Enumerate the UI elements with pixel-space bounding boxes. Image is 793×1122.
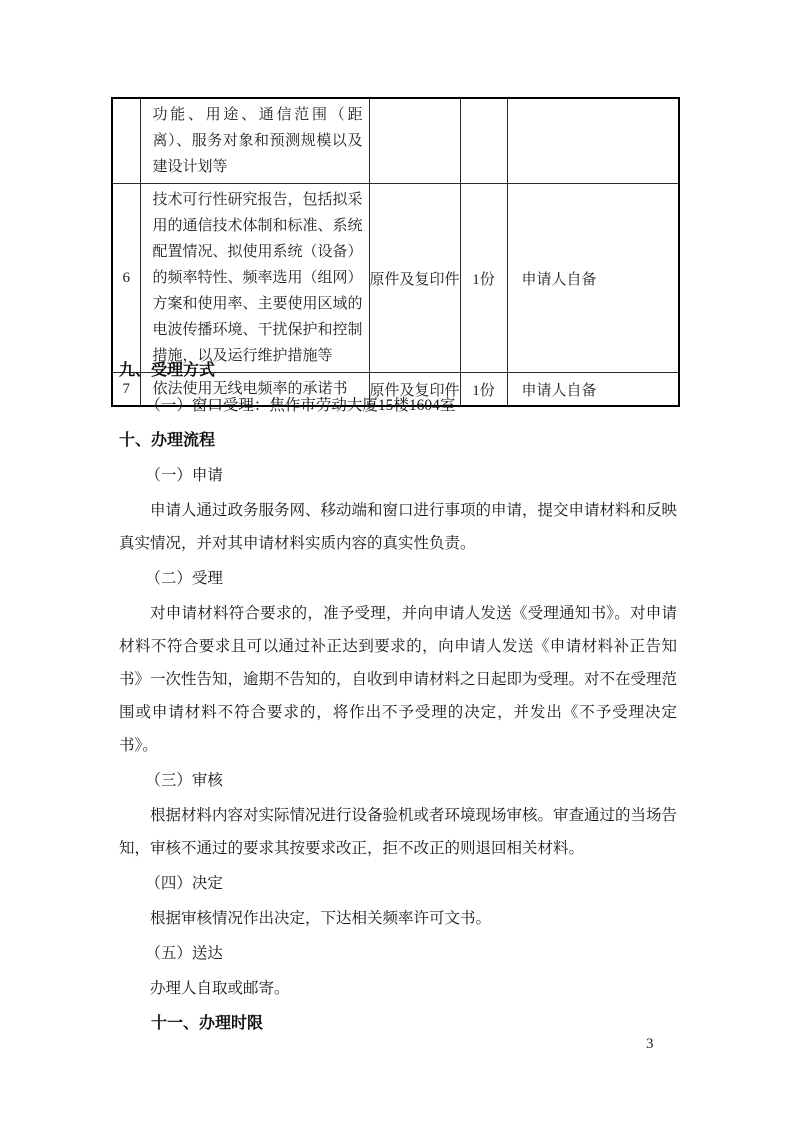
material-count-cell: 1份 (460, 184, 507, 373)
material-source-cell (507, 98, 679, 184)
material-form-cell: 原件及复印件 (369, 184, 460, 373)
page-number: 3 (646, 1036, 654, 1053)
step-heading-decision: （四）决定 (119, 867, 677, 900)
row-number-cell: 6 (112, 184, 140, 373)
section-9-item-1: （一）窗口受理：焦作市劳动大厦15楼1604室 (119, 389, 677, 422)
document-page: 功能、用途、通信范围（距离）、服务对象和预测规模以及建设计划等 6 技术可行性研… (0, 0, 793, 1122)
material-name-cell: 技术可行性研究报告，包括拟采用的通信技术体制和标准、系统配置情况、拟使用系统（设… (140, 184, 369, 373)
material-name-cell: 功能、用途、通信范围（距离）、服务对象和预测规模以及建设计划等 (140, 98, 369, 184)
material-form-cell (369, 98, 460, 184)
material-source-cell: 申请人自备 (507, 184, 679, 373)
step-paragraph-review: 根据材料内容对实际情况进行设备验机或者环境现场审核。审查通过的当场告知，审核不通… (119, 799, 677, 865)
row-number-cell (112, 98, 140, 184)
step-paragraph-accept: 对申请材料符合要求的，准予受理，并向申请人发送《受理通知书》。对申请材料不符合要… (119, 597, 677, 762)
material-count-cell (460, 98, 507, 184)
document-body: 九、受理方式 （一）窗口受理：焦作市劳动大厦15楼1604室 十、办理流程 （一… (119, 354, 677, 1042)
table-row-6: 6 技术可行性研究报告，包括拟采用的通信技术体制和标准、系统配置情况、拟使用系统… (112, 184, 679, 373)
section-heading-11: 十一、办理时限 (119, 1007, 677, 1040)
step-paragraph-apply: 申请人通过政务服务网、移动端和窗口进行事项的申请，提交申请材料和反映真实情况，并… (119, 494, 677, 560)
table-row-continued: 功能、用途、通信范围（距离）、服务对象和预测规模以及建设计划等 (112, 98, 679, 184)
step-heading-delivery: （五）送达 (119, 937, 677, 970)
step-heading-review: （三）审核 (119, 764, 677, 797)
section-heading-9: 九、受理方式 (119, 354, 677, 387)
section-heading-10: 十、办理流程 (119, 424, 677, 457)
step-paragraph-decision: 根据审核情况作出决定，下达相关频率许可文书。 (119, 902, 677, 935)
step-heading-apply: （一）申请 (119, 459, 677, 492)
step-heading-accept: （二）受理 (119, 562, 677, 595)
step-paragraph-delivery: 办理人自取或邮寄。 (119, 972, 677, 1005)
